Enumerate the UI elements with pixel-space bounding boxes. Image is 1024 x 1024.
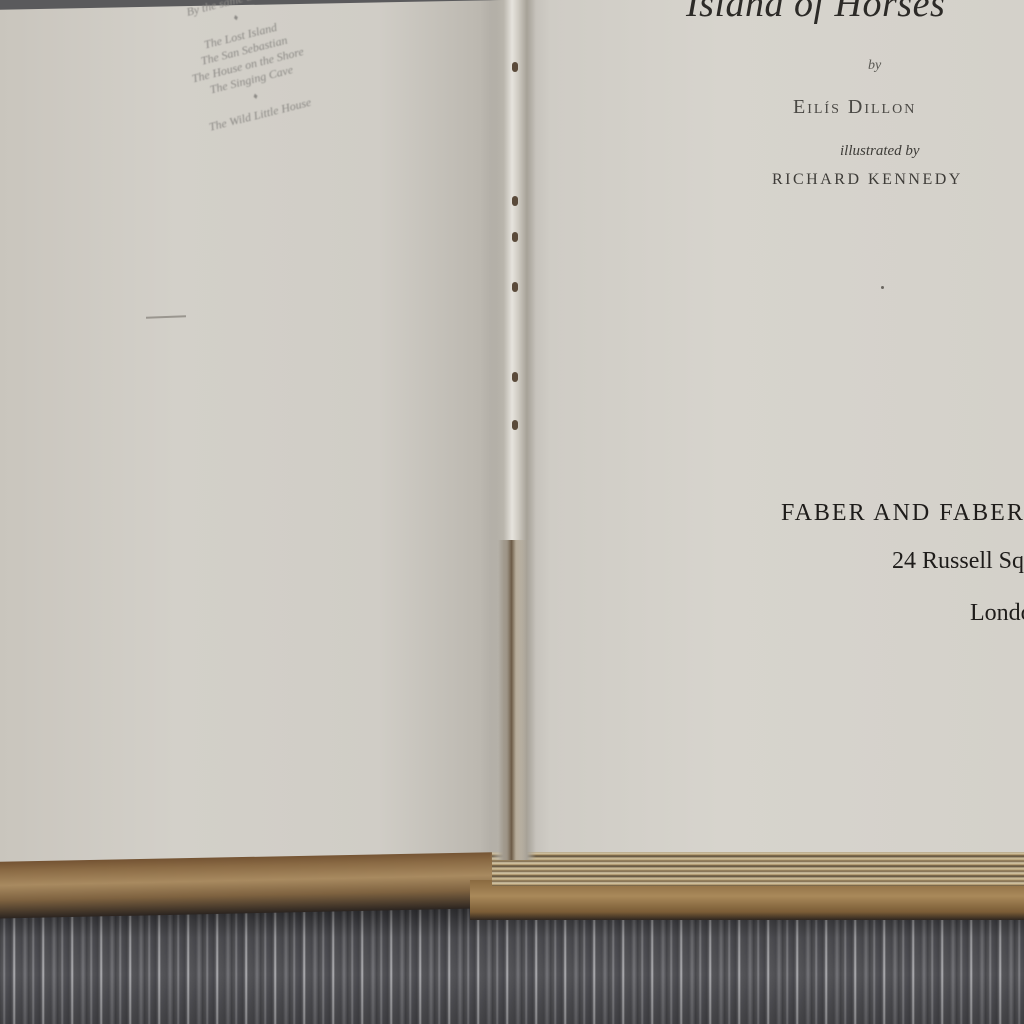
illustrator-name: RICHARD KENNEDY — [772, 171, 963, 189]
book-spine-gutter — [490, 0, 536, 860]
binding-thread-mark — [512, 62, 518, 72]
binding-thread-mark — [512, 196, 518, 206]
binding-thread-mark — [512, 372, 518, 382]
publisher-address: 24 Russell Square — [892, 548, 1024, 575]
publisher-city: London — [970, 600, 1024, 627]
book-cover-right-board — [470, 880, 1024, 920]
author-name: Eilís Dillon — [793, 96, 916, 119]
binding-thread-mark — [512, 282, 518, 292]
spine-tear — [498, 540, 528, 860]
illustrated-by-label: illustrated by — [840, 143, 920, 160]
left-page — [0, 0, 505, 862]
binding-thread-mark — [512, 420, 518, 430]
right-page-title-page — [520, 0, 1024, 852]
publisher-name: FABER AND FABER — [781, 500, 1024, 527]
binding-thread-mark — [512, 232, 518, 242]
paper-speck — [881, 286, 884, 289]
by-label: by — [868, 58, 881, 74]
page-block-edge — [492, 848, 1024, 886]
book-title-heading: Island of Horses — [686, 0, 945, 26]
